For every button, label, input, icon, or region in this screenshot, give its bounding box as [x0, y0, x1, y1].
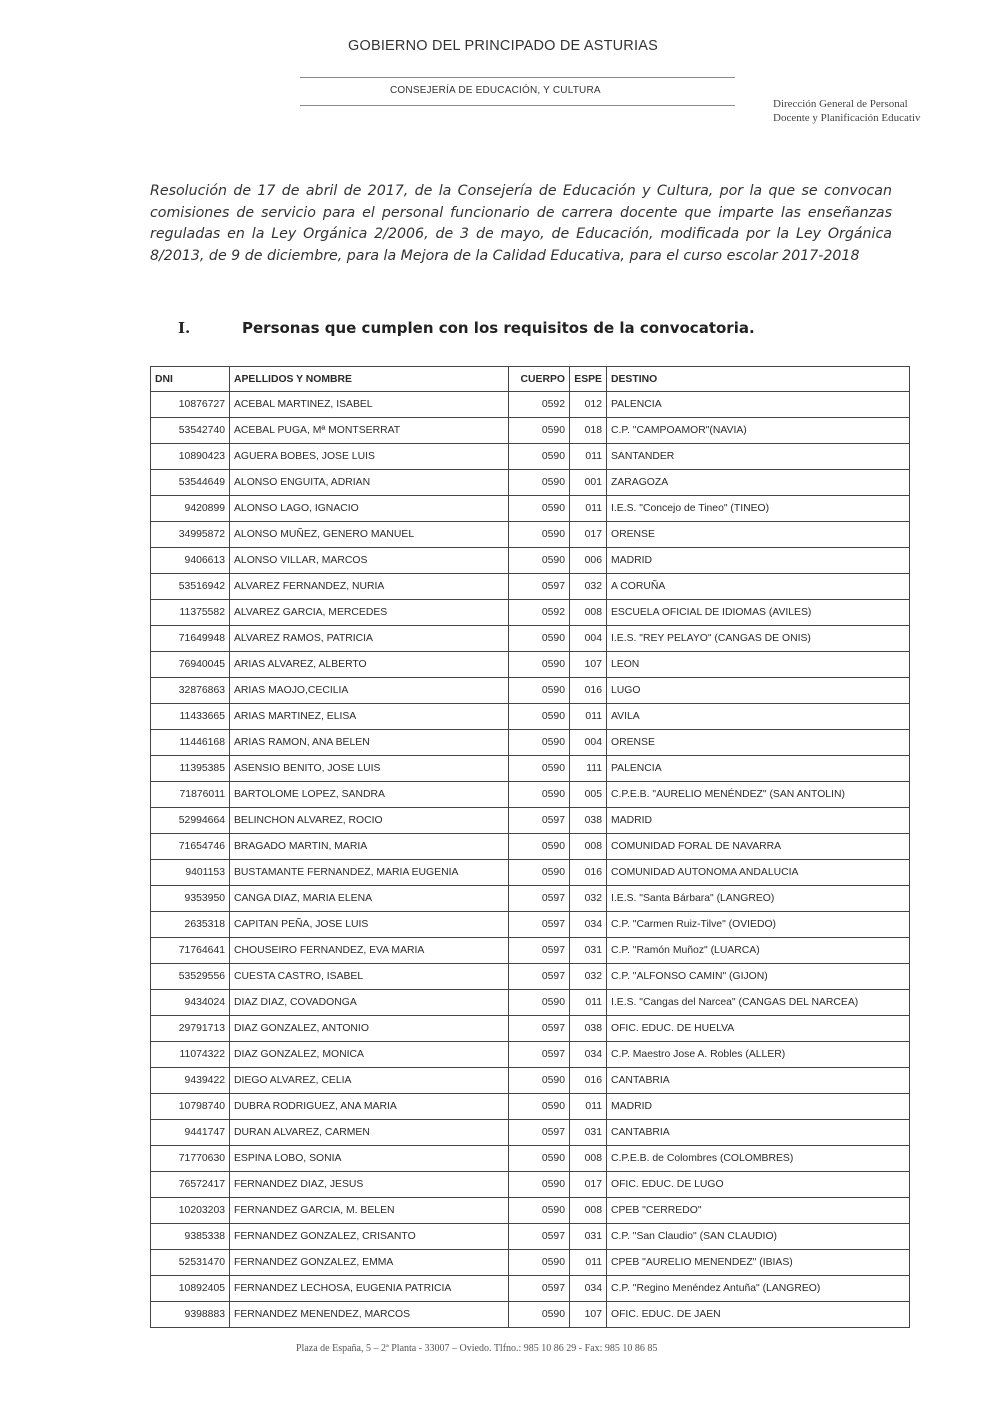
- destino-cell: MADRID: [607, 548, 910, 574]
- table-row: 71770630ESPINA LOBO, SONIA0590008C.P.E.B…: [151, 1146, 910, 1172]
- dni-cell: 52531470: [151, 1250, 230, 1276]
- dni-cell: 10798740: [151, 1094, 230, 1120]
- table-row: 9353950CANGA DIAZ, MARIA ELENA0597032I.E…: [151, 886, 910, 912]
- espe-cell: 004: [570, 626, 607, 652]
- name-cell: ARIAS ALVAREZ, ALBERTO: [230, 652, 509, 678]
- dni-cell: 32876863: [151, 678, 230, 704]
- name-cell: FERNANDEZ MENENDEZ, MARCOS: [230, 1302, 509, 1328]
- dni-cell: 11433665: [151, 704, 230, 730]
- directorate-line-2: Docente y Planificación Educativ: [773, 111, 921, 125]
- cuerpo-cell: 0597: [509, 1276, 570, 1302]
- espe-cell: 032: [570, 964, 607, 990]
- espe-cell: 107: [570, 652, 607, 678]
- table-row: 32876863ARIAS MAOJO,CECILIA0590016LUGO: [151, 678, 910, 704]
- destino-cell: PALENCIA: [607, 756, 910, 782]
- destino-cell: C.P. Maestro Jose A. Robles (ALLER): [607, 1042, 910, 1068]
- table-row: 10798740DUBRA RODRIGUEZ, ANA MARIA059001…: [151, 1094, 910, 1120]
- dni-cell: 53516942: [151, 574, 230, 600]
- table-row: 76572417FERNANDEZ DIAZ, JESUS0590017OFIC…: [151, 1172, 910, 1198]
- destino-cell: CANTABRIA: [607, 1068, 910, 1094]
- cuerpo-cell: 0590: [509, 1068, 570, 1094]
- name-cell: CAPITAN PEÑA, JOSE LUIS: [230, 912, 509, 938]
- espe-cell: 016: [570, 1068, 607, 1094]
- table-row: 71649948ALVAREZ RAMOS, PATRICIA0590004I.…: [151, 626, 910, 652]
- espe-cell: 031: [570, 1120, 607, 1146]
- column-header-cuerpo: CUERPO: [509, 367, 570, 392]
- table-row: 11446168ARIAS RAMON, ANA BELEN0590004ORE…: [151, 730, 910, 756]
- dni-cell: 9353950: [151, 886, 230, 912]
- espe-cell: 008: [570, 1146, 607, 1172]
- dni-cell: 71876011: [151, 782, 230, 808]
- table-row: 71876011BARTOLOME LOPEZ, SANDRA0590005C.…: [151, 782, 910, 808]
- cuerpo-cell: 0590: [509, 756, 570, 782]
- name-cell: DIEGO ALVAREZ, CELIA: [230, 1068, 509, 1094]
- name-cell: FERNANDEZ GONZALEZ, EMMA: [230, 1250, 509, 1276]
- espe-cell: 034: [570, 912, 607, 938]
- table-row: 71654746BRAGADO MARTIN, MARIA0590008COMU…: [151, 834, 910, 860]
- name-cell: BARTOLOME LOPEZ, SANDRA: [230, 782, 509, 808]
- name-cell: ARIAS MAOJO,CECILIA: [230, 678, 509, 704]
- destino-cell: ESCUELA OFICIAL DE IDIOMAS (AVILES): [607, 600, 910, 626]
- name-cell: CANGA DIAZ, MARIA ELENA: [230, 886, 509, 912]
- destino-cell: C.P.E.B. "AURELIO MENÉNDEZ" (SAN ANTOLIN…: [607, 782, 910, 808]
- name-cell: CHOUSEIRO FERNANDEZ, EVA MARIA: [230, 938, 509, 964]
- name-cell: ALVAREZ FERNANDEZ, NURIA: [230, 574, 509, 600]
- cuerpo-cell: 0597: [509, 964, 570, 990]
- cuerpo-cell: 0590: [509, 1302, 570, 1328]
- cuerpo-cell: 0590: [509, 626, 570, 652]
- name-cell: FERNANDEZ GARCIA, M. BELEN: [230, 1198, 509, 1224]
- cuerpo-cell: 0590: [509, 652, 570, 678]
- destino-cell: I.E.S. "REY PELAYO" (CANGAS DE ONIS): [607, 626, 910, 652]
- cuerpo-cell: 0590: [509, 704, 570, 730]
- table-row: 10203203FERNANDEZ GARCIA, M. BELEN059000…: [151, 1198, 910, 1224]
- table-row: 53542740ACEBAL PUGA, Mª MONTSERRAT059001…: [151, 418, 910, 444]
- dni-cell: 10203203: [151, 1198, 230, 1224]
- destino-cell: OFIC. EDUC. DE HUELVA: [607, 1016, 910, 1042]
- dni-cell: 53544649: [151, 470, 230, 496]
- dni-cell: 10890423: [151, 444, 230, 470]
- cuerpo-cell: 0590: [509, 782, 570, 808]
- name-cell: ARIAS RAMON, ANA BELEN: [230, 730, 509, 756]
- espe-cell: 008: [570, 600, 607, 626]
- table-row: 2635318CAPITAN PEÑA, JOSE LUIS0597034C.P…: [151, 912, 910, 938]
- footer-address: Plaza de España, 5 – 2ª Planta - 33007 –…: [296, 1343, 657, 1354]
- table-row: 71764641CHOUSEIRO FERNANDEZ, EVA MARIA05…: [151, 938, 910, 964]
- name-cell: ALONSO ENGUITA, ADRIAN: [230, 470, 509, 496]
- dni-cell: 11375582: [151, 600, 230, 626]
- directorate-line-1: Dirección General de Personal: [773, 97, 921, 111]
- cuerpo-cell: 0597: [509, 1042, 570, 1068]
- dni-cell: 11446168: [151, 730, 230, 756]
- table-row: 34995872ALONSO MUÑEZ, GENERO MANUEL05900…: [151, 522, 910, 548]
- table-row: 10890423AGUERA BOBES, JOSE LUIS0590011SA…: [151, 444, 910, 470]
- espe-cell: 006: [570, 548, 607, 574]
- name-cell: ALONSO MUÑEZ, GENERO MANUEL: [230, 522, 509, 548]
- cuerpo-cell: 0597: [509, 808, 570, 834]
- cuerpo-cell: 0597: [509, 886, 570, 912]
- table-row: 53529556CUESTA CASTRO, ISABEL0597032C.P.…: [151, 964, 910, 990]
- table-row: 9385338FERNANDEZ GONZALEZ, CRISANTO05970…: [151, 1224, 910, 1250]
- table-row: 10876727ACEBAL MARTINEZ, ISABEL0592012PA…: [151, 392, 910, 418]
- column-header-name: APELLIDOS Y NOMBRE: [230, 367, 509, 392]
- espe-cell: 012: [570, 392, 607, 418]
- name-cell: CUESTA CASTRO, ISABEL: [230, 964, 509, 990]
- cuerpo-cell: 0597: [509, 912, 570, 938]
- table-row: 9398883FERNANDEZ MENENDEZ, MARCOS0590107…: [151, 1302, 910, 1328]
- table-row: 9439422DIEGO ALVAREZ, CELIA0590016CANTAB…: [151, 1068, 910, 1094]
- espe-cell: 111: [570, 756, 607, 782]
- espe-cell: 034: [570, 1276, 607, 1302]
- name-cell: ALONSO VILLAR, MARCOS: [230, 548, 509, 574]
- name-cell: DURAN ALVAREZ, CARMEN: [230, 1120, 509, 1146]
- destino-cell: ORENSE: [607, 522, 910, 548]
- column-header-dni: DNI: [151, 367, 230, 392]
- espe-cell: 011: [570, 1094, 607, 1120]
- name-cell: ARIAS MARTINEZ, ELISA: [230, 704, 509, 730]
- table-row: 11395385ASENSIO BENITO, JOSE LUIS0590111…: [151, 756, 910, 782]
- header-divider-top: [300, 77, 735, 78]
- dni-cell: 9439422: [151, 1068, 230, 1094]
- candidates-table: DNI APELLIDOS Y NOMBRE CUERPO ESPE DESTI…: [150, 366, 910, 1328]
- table-row: 52531470FERNANDEZ GONZALEZ, EMMA0590011C…: [151, 1250, 910, 1276]
- name-cell: FERNANDEZ LECHOSA, EUGENIA PATRICIA: [230, 1276, 509, 1302]
- name-cell: ACEBAL PUGA, Mª MONTSERRAT: [230, 418, 509, 444]
- dni-cell: 9441747: [151, 1120, 230, 1146]
- espe-cell: 005: [570, 782, 607, 808]
- cuerpo-cell: 0590: [509, 1250, 570, 1276]
- table-header-row: DNI APELLIDOS Y NOMBRE CUERPO ESPE DESTI…: [151, 367, 910, 392]
- espe-cell: 011: [570, 496, 607, 522]
- destino-cell: C.P. "CAMPOAMOR"(NAVIA): [607, 418, 910, 444]
- espe-cell: 038: [570, 808, 607, 834]
- name-cell: AGUERA BOBES, JOSE LUIS: [230, 444, 509, 470]
- dni-cell: 11395385: [151, 756, 230, 782]
- table-row: 29791713DIAZ GONZALEZ, ANTONIO0597038OFI…: [151, 1016, 910, 1042]
- table-row: 53544649ALONSO ENGUITA, ADRIAN0590001ZAR…: [151, 470, 910, 496]
- name-cell: BELINCHON ALVAREZ, ROCIO: [230, 808, 509, 834]
- destino-cell: AVILA: [607, 704, 910, 730]
- table-row: 53516942ALVAREZ FERNANDEZ, NURIA0597032A…: [151, 574, 910, 600]
- cuerpo-cell: 0590: [509, 418, 570, 444]
- name-cell: ALVAREZ GARCIA, MERCEDES: [230, 600, 509, 626]
- cuerpo-cell: 0597: [509, 1224, 570, 1250]
- cuerpo-cell: 0597: [509, 938, 570, 964]
- table-row: 9441747DURAN ALVAREZ, CARMEN0597031CANTA…: [151, 1120, 910, 1146]
- cuerpo-cell: 0597: [509, 574, 570, 600]
- department-name: CONSEJERÍA DE EDUCACIÓN, Y CULTURA: [390, 85, 601, 96]
- destino-cell: OFIC. EDUC. DE LUGO: [607, 1172, 910, 1198]
- table-row: 11375582ALVAREZ GARCIA, MERCEDES0592008E…: [151, 600, 910, 626]
- directorate-block: Dirección General de Personal Docente y …: [773, 97, 921, 125]
- cuerpo-cell: 0590: [509, 860, 570, 886]
- destino-cell: ZARAGOZA: [607, 470, 910, 496]
- cuerpo-cell: 0590: [509, 678, 570, 704]
- name-cell: FERNANDEZ DIAZ, JESUS: [230, 1172, 509, 1198]
- destino-cell: MADRID: [607, 1094, 910, 1120]
- espe-cell: 001: [570, 470, 607, 496]
- destino-cell: MADRID: [607, 808, 910, 834]
- espe-cell: 016: [570, 860, 607, 886]
- name-cell: ALONSO LAGO, IGNACIO: [230, 496, 509, 522]
- name-cell: ACEBAL MARTINEZ, ISABEL: [230, 392, 509, 418]
- header-divider-bottom: [300, 105, 735, 106]
- table-row: 52994664BELINCHON ALVAREZ, ROCIO0597038M…: [151, 808, 910, 834]
- table-row: 9406613ALONSO VILLAR, MARCOS0590006MADRI…: [151, 548, 910, 574]
- table-body: 10876727ACEBAL MARTINEZ, ISABEL0592012PA…: [151, 392, 910, 1328]
- dni-cell: 71654746: [151, 834, 230, 860]
- destino-cell: C.P. "Ramón Muñoz" (LUARCA): [607, 938, 910, 964]
- destino-cell: C.P. "Regino Menéndez Antuña" (LANGREO): [607, 1276, 910, 1302]
- table-row: 11074322DIAZ GONZALEZ, MONICA0597034C.P.…: [151, 1042, 910, 1068]
- destino-cell: I.E.S. "Santa Bárbara" (LANGREO): [607, 886, 910, 912]
- dni-cell: 71770630: [151, 1146, 230, 1172]
- destino-cell: ORENSE: [607, 730, 910, 756]
- dni-cell: 76940045: [151, 652, 230, 678]
- espe-cell: 011: [570, 444, 607, 470]
- name-cell: BUSTAMANTE FERNANDEZ, MARIA EUGENIA: [230, 860, 509, 886]
- destino-cell: OFIC. EDUC. DE JAEN: [607, 1302, 910, 1328]
- dni-cell: 9401153: [151, 860, 230, 886]
- espe-cell: 017: [570, 1172, 607, 1198]
- espe-cell: 038: [570, 1016, 607, 1042]
- cuerpo-cell: 0590: [509, 444, 570, 470]
- espe-cell: 008: [570, 1198, 607, 1224]
- destino-cell: C.P. "Carmen Ruiz-Tilve" (OVIEDO): [607, 912, 910, 938]
- section-number: I.: [178, 319, 242, 337]
- espe-cell: 017: [570, 522, 607, 548]
- name-cell: ASENSIO BENITO, JOSE LUIS: [230, 756, 509, 782]
- dni-cell: 9434024: [151, 990, 230, 1016]
- dni-cell: 9398883: [151, 1302, 230, 1328]
- destino-cell: LUGO: [607, 678, 910, 704]
- destino-cell: I.E.S. "Concejo de Tineo" (TINEO): [607, 496, 910, 522]
- name-cell: DIAZ GONZALEZ, ANTONIO: [230, 1016, 509, 1042]
- name-cell: DIAZ GONZALEZ, MONICA: [230, 1042, 509, 1068]
- espe-cell: 016: [570, 678, 607, 704]
- espe-cell: 034: [570, 1042, 607, 1068]
- cuerpo-cell: 0590: [509, 834, 570, 860]
- dni-cell: 9385338: [151, 1224, 230, 1250]
- espe-cell: 018: [570, 418, 607, 444]
- government-title: GOBIERNO DEL PRINCIPADO DE ASTURIAS: [348, 38, 658, 54]
- table-row: 76940045ARIAS ALVAREZ, ALBERTO0590107LEO…: [151, 652, 910, 678]
- name-cell: DIAZ DIAZ, COVADONGA: [230, 990, 509, 1016]
- destino-cell: I.E.S. "Cangas del Narcea" (CANGAS DEL N…: [607, 990, 910, 1016]
- destino-cell: CPEB "CERREDO": [607, 1198, 910, 1224]
- name-cell: ESPINA LOBO, SONIA: [230, 1146, 509, 1172]
- espe-cell: 011: [570, 1250, 607, 1276]
- dni-cell: 9406613: [151, 548, 230, 574]
- section-heading: I.Personas que cumplen con los requisito…: [178, 319, 755, 337]
- cuerpo-cell: 0590: [509, 522, 570, 548]
- table-row: 9401153BUSTAMANTE FERNANDEZ, MARIA EUGEN…: [151, 860, 910, 886]
- espe-cell: 107: [570, 1302, 607, 1328]
- table-row: 9434024DIAZ DIAZ, COVADONGA0590011I.E.S.…: [151, 990, 910, 1016]
- column-header-espe: ESPE: [570, 367, 607, 392]
- destino-cell: LEON: [607, 652, 910, 678]
- cuerpo-cell: 0592: [509, 600, 570, 626]
- cuerpo-cell: 0590: [509, 548, 570, 574]
- cuerpo-cell: 0590: [509, 496, 570, 522]
- table-row: 11433665ARIAS MARTINEZ, ELISA0590011AVIL…: [151, 704, 910, 730]
- cuerpo-cell: 0590: [509, 990, 570, 1016]
- dni-cell: 10892405: [151, 1276, 230, 1302]
- dni-cell: 53542740: [151, 418, 230, 444]
- cuerpo-cell: 0590: [509, 730, 570, 756]
- table-row: 10892405FERNANDEZ LECHOSA, EUGENIA PATRI…: [151, 1276, 910, 1302]
- cuerpo-cell: 0597: [509, 1016, 570, 1042]
- name-cell: BRAGADO MARTIN, MARIA: [230, 834, 509, 860]
- destino-cell: C.P. "ALFONSO CAMIN" (GIJON): [607, 964, 910, 990]
- dni-cell: 76572417: [151, 1172, 230, 1198]
- espe-cell: 008: [570, 834, 607, 860]
- espe-cell: 031: [570, 938, 607, 964]
- destino-cell: A CORUÑA: [607, 574, 910, 600]
- espe-cell: 011: [570, 990, 607, 1016]
- destino-cell: CANTABRIA: [607, 1120, 910, 1146]
- cuerpo-cell: 0590: [509, 1198, 570, 1224]
- destino-cell: COMUNIDAD FORAL DE NAVARRA: [607, 834, 910, 860]
- dni-cell: 34995872: [151, 522, 230, 548]
- cuerpo-cell: 0590: [509, 1094, 570, 1120]
- cuerpo-cell: 0592: [509, 392, 570, 418]
- dni-cell: 2635318: [151, 912, 230, 938]
- espe-cell: 011: [570, 704, 607, 730]
- cuerpo-cell: 0597: [509, 1120, 570, 1146]
- column-header-destino: DESTINO: [607, 367, 910, 392]
- cuerpo-cell: 0590: [509, 1146, 570, 1172]
- dni-cell: 71764641: [151, 938, 230, 964]
- espe-cell: 032: [570, 574, 607, 600]
- destino-cell: SANTANDER: [607, 444, 910, 470]
- section-title: Personas que cumplen con los requisitos …: [242, 319, 755, 337]
- cuerpo-cell: 0590: [509, 1172, 570, 1198]
- name-cell: DUBRA RODRIGUEZ, ANA MARIA: [230, 1094, 509, 1120]
- dni-cell: 52994664: [151, 808, 230, 834]
- dni-cell: 29791713: [151, 1016, 230, 1042]
- cuerpo-cell: 0590: [509, 470, 570, 496]
- espe-cell: 004: [570, 730, 607, 756]
- dni-cell: 71649948: [151, 626, 230, 652]
- dni-cell: 10876727: [151, 392, 230, 418]
- dni-cell: 9420899: [151, 496, 230, 522]
- destino-cell: C.P.E.B. de Colombres (COLOMBRES): [607, 1146, 910, 1172]
- dni-cell: 11074322: [151, 1042, 230, 1068]
- destino-cell: C.P. "San Claudio" (SAN CLAUDIO): [607, 1224, 910, 1250]
- name-cell: ALVAREZ RAMOS, PATRICIA: [230, 626, 509, 652]
- espe-cell: 031: [570, 1224, 607, 1250]
- destino-cell: PALENCIA: [607, 392, 910, 418]
- resolution-title: Resolución de 17 de abril de 2017, de la…: [150, 181, 892, 267]
- espe-cell: 032: [570, 886, 607, 912]
- destino-cell: COMUNIDAD AUTONOMA ANDALUCIA: [607, 860, 910, 886]
- name-cell: FERNANDEZ GONZALEZ, CRISANTO: [230, 1224, 509, 1250]
- table-row: 9420899ALONSO LAGO, IGNACIO0590011I.E.S.…: [151, 496, 910, 522]
- destino-cell: CPEB "AURELIO MENENDEZ" (IBIAS): [607, 1250, 910, 1276]
- dni-cell: 53529556: [151, 964, 230, 990]
